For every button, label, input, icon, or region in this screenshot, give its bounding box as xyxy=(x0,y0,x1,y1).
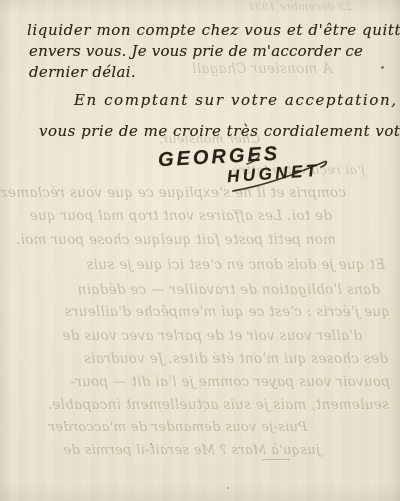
bleed-line: des choses qui m'ont été dites. Je voudr… xyxy=(20,352,388,367)
letter-line: envers vous. Je vous prie de m'accorder … xyxy=(29,43,363,60)
bleed-line: que j'écris : c'est ce qui m'empêche d'a… xyxy=(18,305,390,320)
bleed-line: Et que je dois donc en c'est ici que je … xyxy=(30,258,385,273)
signature-last-name: HUGNET xyxy=(227,162,321,185)
letter-line: liquider mon compte chez vous et d'être … xyxy=(27,22,400,39)
letter-line: En comptant sur votre acceptation, je xyxy=(74,92,400,109)
ink-speck xyxy=(381,66,384,69)
bleed-line: mon petit poste fait quelque chose pour … xyxy=(24,233,336,248)
bleed-line: pouvoir vous payer comme je l'ai dit — p… xyxy=(18,375,390,390)
ink-speck xyxy=(150,443,152,445)
bleed-line: d'aller vous voir et de parler avec vous… xyxy=(32,329,362,344)
bleed-line-address: A monsieur Chagall xyxy=(162,62,332,77)
ink-speck xyxy=(227,487,229,489)
letter-line: dernier délai. xyxy=(29,64,136,81)
bleed-line: compris et il ne s'explique ce que vous … xyxy=(28,186,346,201)
letter-line: vous prie de me croire très cordialement… xyxy=(39,123,400,140)
bleed-line: de toi. Les affaires vont trop mal pour … xyxy=(24,209,332,224)
bleed-line: jusqu'à Mars ? Me serait-il permis de xyxy=(55,444,320,458)
bleed-line: Puis-je vous demander de m'accorder xyxy=(100,421,307,435)
bleed-line-date: 23 décembre 1931 xyxy=(248,2,352,14)
letter-page: 23 décembre 1931 A monsieur Chagall Cher… xyxy=(0,0,400,501)
bleed-line: seulement, mais je suis actuellement inc… xyxy=(14,398,389,413)
bleed-line: dans l'obligation de travailler — ce déd… xyxy=(35,283,380,298)
bleed-underline-mars xyxy=(262,459,290,460)
